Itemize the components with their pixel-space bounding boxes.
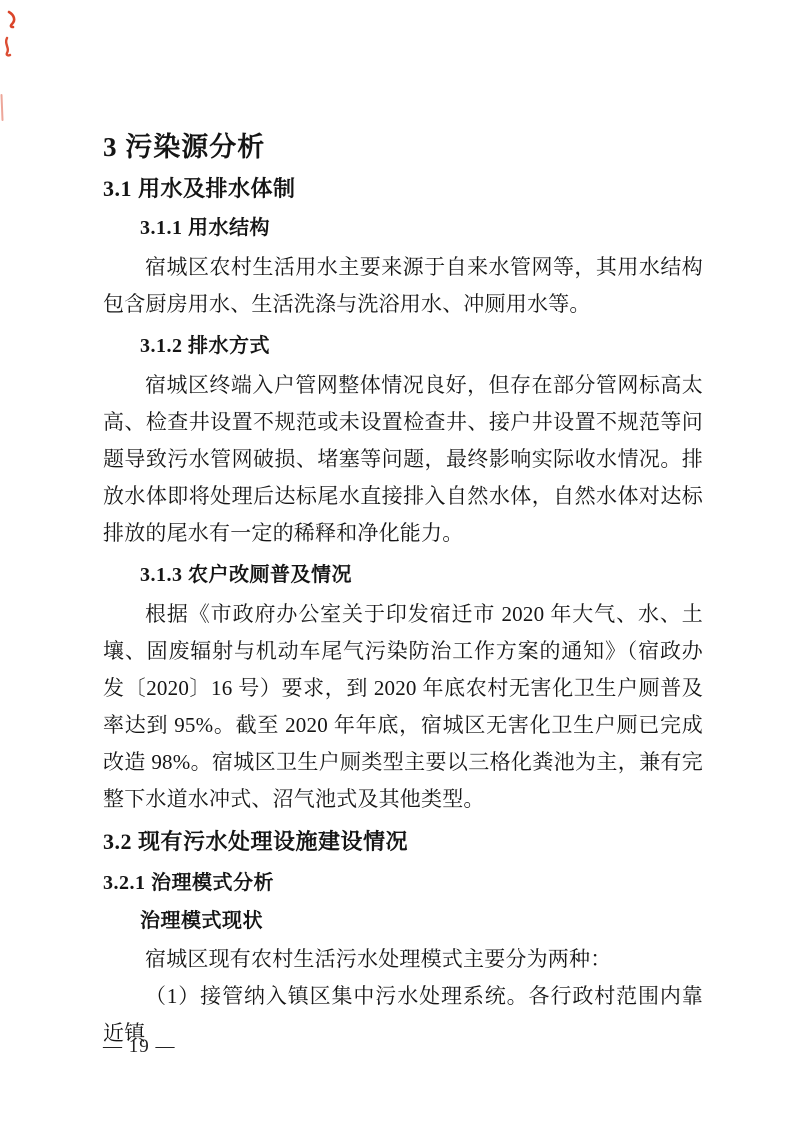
paragraph-treatment-mode-1: （1）接管纳入镇区集中污水处理系统。各行政村范围内靠近镇 (103, 978, 703, 1052)
heading-drainage-method: 3.1.2 排水方式 (140, 331, 703, 361)
paragraph-treatment-modes-intro: 宿城区现有农村生活污水处理模式主要分为两种： (103, 941, 703, 978)
red-pen-marks-icon (0, 0, 32, 140)
heading-treatment-mode-status: 治理模式现状 (140, 906, 703, 936)
heading-treatment-mode-analysis: 3.2.1 治理模式分析 (103, 868, 703, 898)
heading-pollution-source-analysis: 3 污染源分析 (103, 130, 703, 164)
document-page: 3 污染源分析 3.1 用水及排水体制 3.1.1 用水结构 宿城区农村生活用水… (0, 0, 793, 1122)
heading-existing-sewage-facilities: 3.2 现有污水处理设施建设情况 (103, 826, 703, 858)
document-content: 3 污染源分析 3.1 用水及排水体制 3.1.1 用水结构 宿城区农村生活用水… (103, 130, 703, 1052)
heading-toilet-renovation-coverage: 3.1.3 农户改厕普及情况 (140, 560, 703, 590)
paragraph-toilet-renovation-coverage: 根据《市政府办公室关于印发宿迁市 2020 年大气、水、土壤、固废辐射与机动车尾… (103, 596, 703, 818)
paragraph-drainage-method: 宿城区终端入户管网整体情况良好，但存在部分管网标高太高、检查井设置不规范或未设置… (103, 367, 703, 552)
paragraph-water-use-structure: 宿城区农村生活用水主要来源于自来水管网等，其用水结构包含厨房用水、生活洗涤与洗浴… (103, 249, 703, 323)
page-number: — 19 — (103, 1036, 176, 1058)
heading-water-use-structure: 3.1.1 用水结构 (140, 213, 703, 243)
heading-water-use-and-drainage-system: 3.1 用水及排水体制 (103, 173, 703, 205)
